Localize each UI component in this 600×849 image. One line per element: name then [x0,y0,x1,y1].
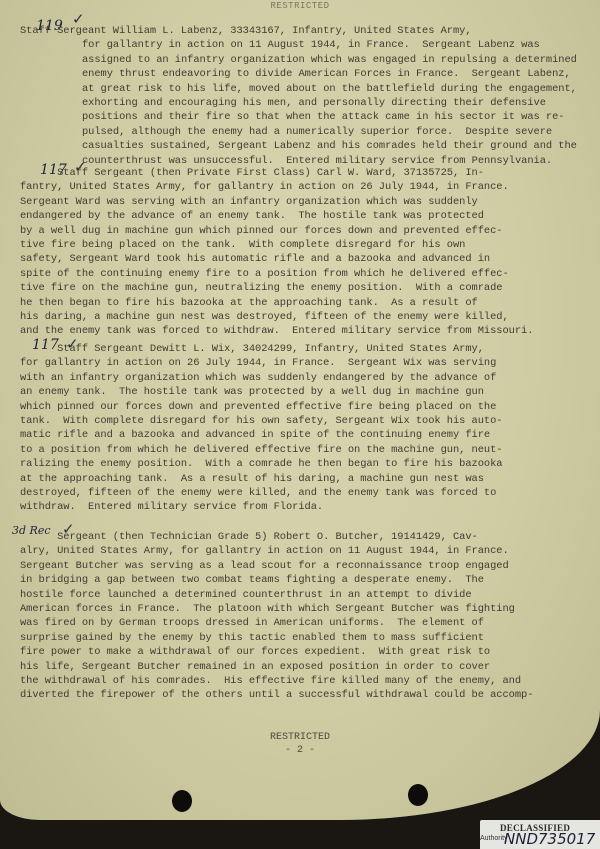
citation-line: the withdrawal of his comrades. His effe… [20,674,590,688]
citation-line: hostile force launched a determined coun… [20,588,590,602]
citation-line: diverted the firepower of the others unt… [20,688,590,702]
declassified-stamp: DECLASSIFIED Authority NND735017 [480,820,600,849]
citation-labenz: Staff Sergeant William L. Labenz, 333431… [20,24,590,168]
citation-wix: Staff Sergeant Dewitt L. Wix, 34024299, … [20,342,590,515]
citation-butcher: Sergeant (then Technician Grade 5) Rober… [20,530,590,703]
citation-line: Staff Sergeant Dewitt L. Wix, 34024299, … [20,342,590,356]
citation-line: for gallantry in action on 26 July 1944,… [20,356,590,370]
citation-line: to a position from which he delivered ef… [20,443,590,457]
citation-line: at the approaching tank. As a result of … [20,472,590,486]
citation-line: at great risk to his life, moved about o… [20,82,590,96]
citation-line: fire power to make a withdrawal of our f… [20,645,590,659]
citation-line: by a well dug in machine gun which pinne… [20,224,590,238]
document-page: RESTRICTED 119 ✓ Staff Sergeant William … [0,0,600,820]
citation-line: for gallantry in action on 11 August 194… [20,38,590,52]
citation-line: tive fire being placed on the tank. With… [20,238,590,252]
citation-line: his life, Sergeant Butcher remained in a… [20,660,590,674]
citation-line: Staff Sergeant William L. Labenz, 333431… [20,24,590,38]
citation-line: positions and their fire so that when th… [20,110,590,124]
stamp-authority-number: NND735017 [504,830,595,848]
citation-line: American forces in France. The platoon w… [20,602,590,616]
citation-line: safety, Sergeant Ward took his automatic… [20,252,590,266]
citation-line: pulsed, although the enemy had a numeric… [20,125,590,139]
citation-line: assigned to an infantry organization whi… [20,53,590,67]
citation-line: spite of the continuing enemy fire to a … [20,267,590,281]
punch-hole [172,790,192,812]
page-number: - 2 - [0,744,600,757]
citation-line: exhorting and encouraging his men, and p… [20,96,590,110]
citation-line: an enemy tank. The hostile tank was prot… [20,385,590,399]
citation-line: Sergeant Ward was serving with an infant… [20,195,590,209]
footer-classification: RESTRICTED [0,731,600,744]
citation-line: in bridging a gap between two combat tea… [20,573,590,587]
citation-line: destroyed, fifteen of the enemy were kil… [20,486,590,500]
citation-line: alry, United States Army, for gallantry … [20,544,590,558]
citation-line: he then began to fire his bazooka at the… [20,296,590,310]
citation-ward: Staff Sergeant (then Private First Class… [20,166,590,339]
citation-line: and the enemy tank was forced to withdra… [20,324,590,338]
punch-hole [408,784,428,806]
citation-line: casualties sustained, Sergeant Labenz an… [20,139,590,153]
citation-line: Sergeant (then Technician Grade 5) Rober… [20,530,590,544]
citation-line: his daring, a machine gun nest was destr… [20,310,590,324]
citation-line: Sergeant Butcher was serving as a lead s… [20,559,590,573]
citation-line: tank. With complete disregard for his ow… [20,414,590,428]
citation-line: was fired on by German troops dressed in… [20,616,590,630]
citation-line: withdraw. Entered military service from … [20,500,590,514]
citation-line: which pinned our forces down and prevent… [20,400,590,414]
citation-line: enemy thrust endeavoring to divide Ameri… [20,67,590,81]
citation-line: tive fire on the machine gun, neutralizi… [20,281,590,295]
citation-line: matic rifle and a bazooka and advanced i… [20,428,590,442]
citation-line: fantry, United States Army, for gallantr… [20,180,590,194]
citation-line: with an infantry organization which was … [20,371,590,385]
header-classification: RESTRICTED [0,1,600,11]
citation-line: surprise gained by the enemy by this tac… [20,631,590,645]
citation-line: endangered by the advance of an enemy ta… [20,209,590,223]
citation-line: Staff Sergeant (then Private First Class… [20,166,590,180]
citation-line: ralizing the enemy position. With a comr… [20,457,590,471]
